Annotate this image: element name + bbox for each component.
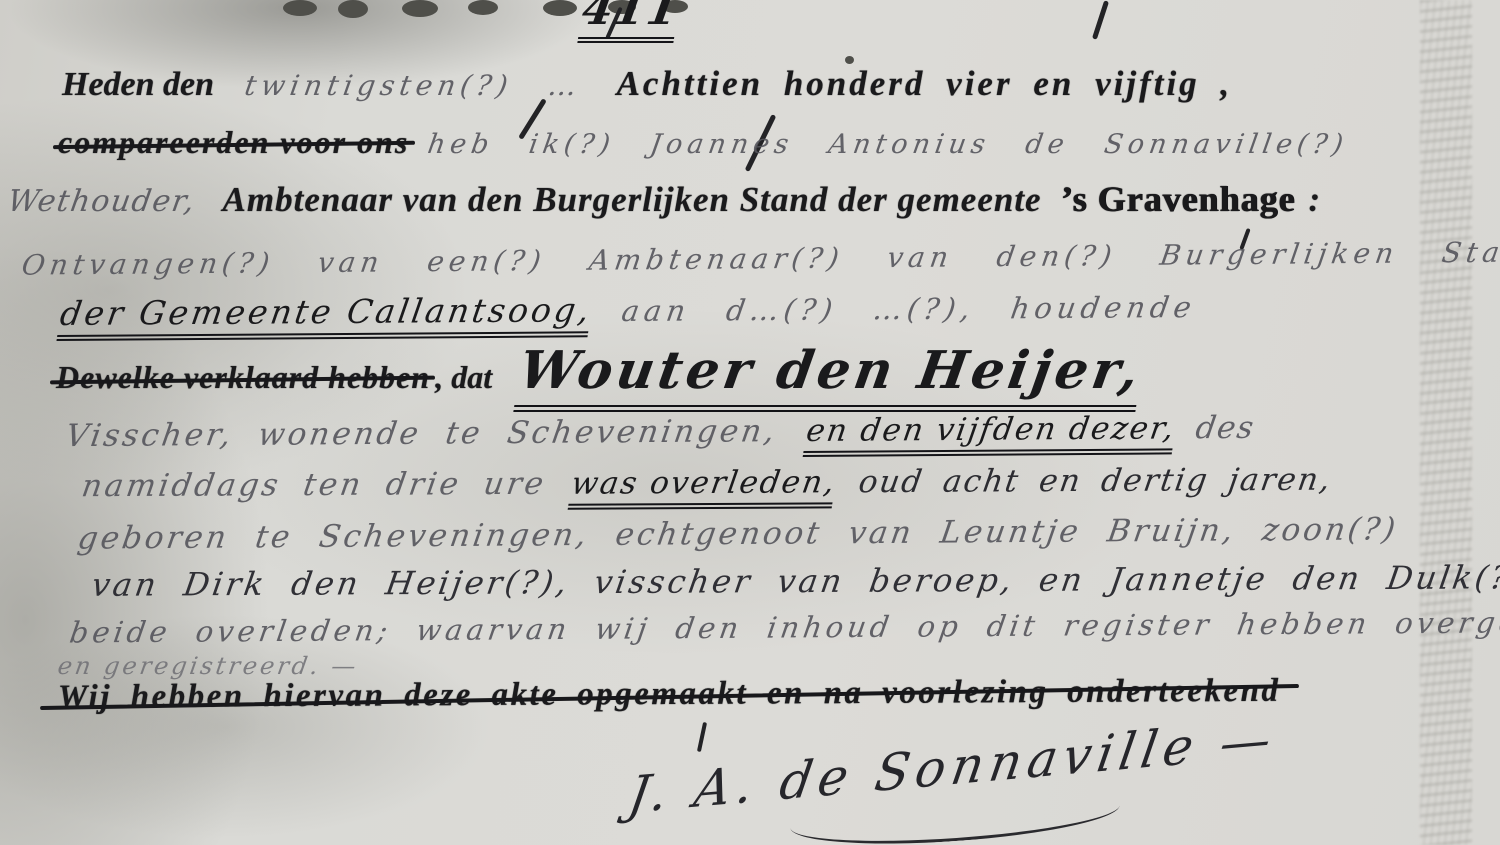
printed-dat: , dat xyxy=(435,359,492,395)
ink-dot xyxy=(845,56,854,64)
ink-blot xyxy=(543,0,577,16)
line-name: Dewelke verklaard hebben , dat Wouter de… xyxy=(56,340,1141,412)
handwritten-des: des xyxy=(1193,410,1257,446)
scan-edge-band xyxy=(1420,0,1472,845)
handwritten-age: oud acht en dertig jaren, xyxy=(856,462,1334,501)
handwritten-register: beide overleden; waarvan wij den inhoud … xyxy=(67,605,1500,650)
handwritten-death-date: en den vijfden dezer, xyxy=(803,410,1178,457)
line-geboren: geboren te Scheveningen, echtgenoot van … xyxy=(78,511,1398,556)
printed-struck-closing: Wij hebben hiervan deze akte opgemaakt e… xyxy=(58,673,1281,715)
line-overleden: namiddags ten drie ure was overleden, ou… xyxy=(82,462,1332,513)
line-register: beide overleden; waarvan wij den inhoud … xyxy=(70,605,1500,650)
line-ouders: van Dirk den Heijer(?), visscher van ber… xyxy=(92,558,1500,604)
handwritten-namiddags: namiddags ten drie ure xyxy=(79,466,549,504)
ink-blot xyxy=(402,0,438,17)
ink-blot xyxy=(338,0,368,18)
handwritten-ouders: van Dirk den Heijer(?), visscher van ber… xyxy=(89,558,1500,604)
line-geregistreerd: en geregistreerd. — xyxy=(58,652,359,680)
handwritten-visscher: Visscher, wonende te Scheveningen, xyxy=(63,413,780,454)
line-ontvangen: Ontvangen(?) van een(?) Ambtenaar(?) van… xyxy=(22,235,1500,281)
printed-year-1854: Achttien honderd vier en vijftig , xyxy=(617,64,1233,103)
line-closing: Wij hebben hiervan deze akte opgemaakt e… xyxy=(58,673,1281,716)
line-compareerden: compareerden voor ons heb ik(?) Joannes … xyxy=(58,124,1348,161)
printed-gravenhage: ’s Gravenhage xyxy=(1061,179,1296,219)
printed-struck-compareerden: compareerden voor ons xyxy=(58,124,409,160)
signature-block: J. A. de Sonnaville — xyxy=(628,738,1278,796)
line-date: Heden den twintigsten(?) … Achttien hond… xyxy=(62,64,1232,104)
handwritten-callantsoog: der Gemeente Callantsoog, xyxy=(56,290,594,341)
handwritten-wethouder: Wethouder, xyxy=(5,184,198,219)
printed-colon: : xyxy=(1308,180,1320,219)
line-ambtenaar: Wethouder, Ambtenaar van den Burgerlijke… xyxy=(8,178,1320,220)
printed-ambtenaar: Ambtenaar van den Burgerlijken Stand der… xyxy=(223,180,1042,219)
document-scan: 411 Heden den twintigsten(?) … Achttien … xyxy=(0,0,1500,845)
ink-stroke xyxy=(1092,0,1109,40)
act-number: 411 xyxy=(577,0,683,43)
handwritten-deceased-name: Wouter den Heijer, xyxy=(514,340,1148,412)
handwritten-was-overleden: was overleden, xyxy=(568,464,839,509)
line-callantsoog: der Gemeente Callantsoog, aan d…(?) …(?)… xyxy=(60,286,1197,341)
ink-blot xyxy=(468,0,498,15)
handwritten-houdende: aan d…(?) …(?), houdende xyxy=(620,290,1199,328)
handwritten-geregistreerd: en geregistreerd. — xyxy=(56,652,361,680)
handwritten-registrar-name: heb ik(?) Joannes Antonius de Sonnaville… xyxy=(426,129,1351,160)
line-visscher: Visscher, wonende te Scheveningen, en de… xyxy=(66,410,1255,462)
printed-struck-dewelke: Dewelke verklaard hebben xyxy=(56,359,430,395)
handwritten-ontvangen: Ontvangen(?) van een(?) Ambtenaar(?) van… xyxy=(20,235,1500,281)
handwritten-geboren: geboren te Scheveningen, echtgenoot van … xyxy=(75,511,1400,556)
handwritten-day-month: twintigsten(?) … xyxy=(243,69,585,102)
printed-heden-den: Heden den xyxy=(62,66,214,103)
ink-blot xyxy=(283,0,317,16)
